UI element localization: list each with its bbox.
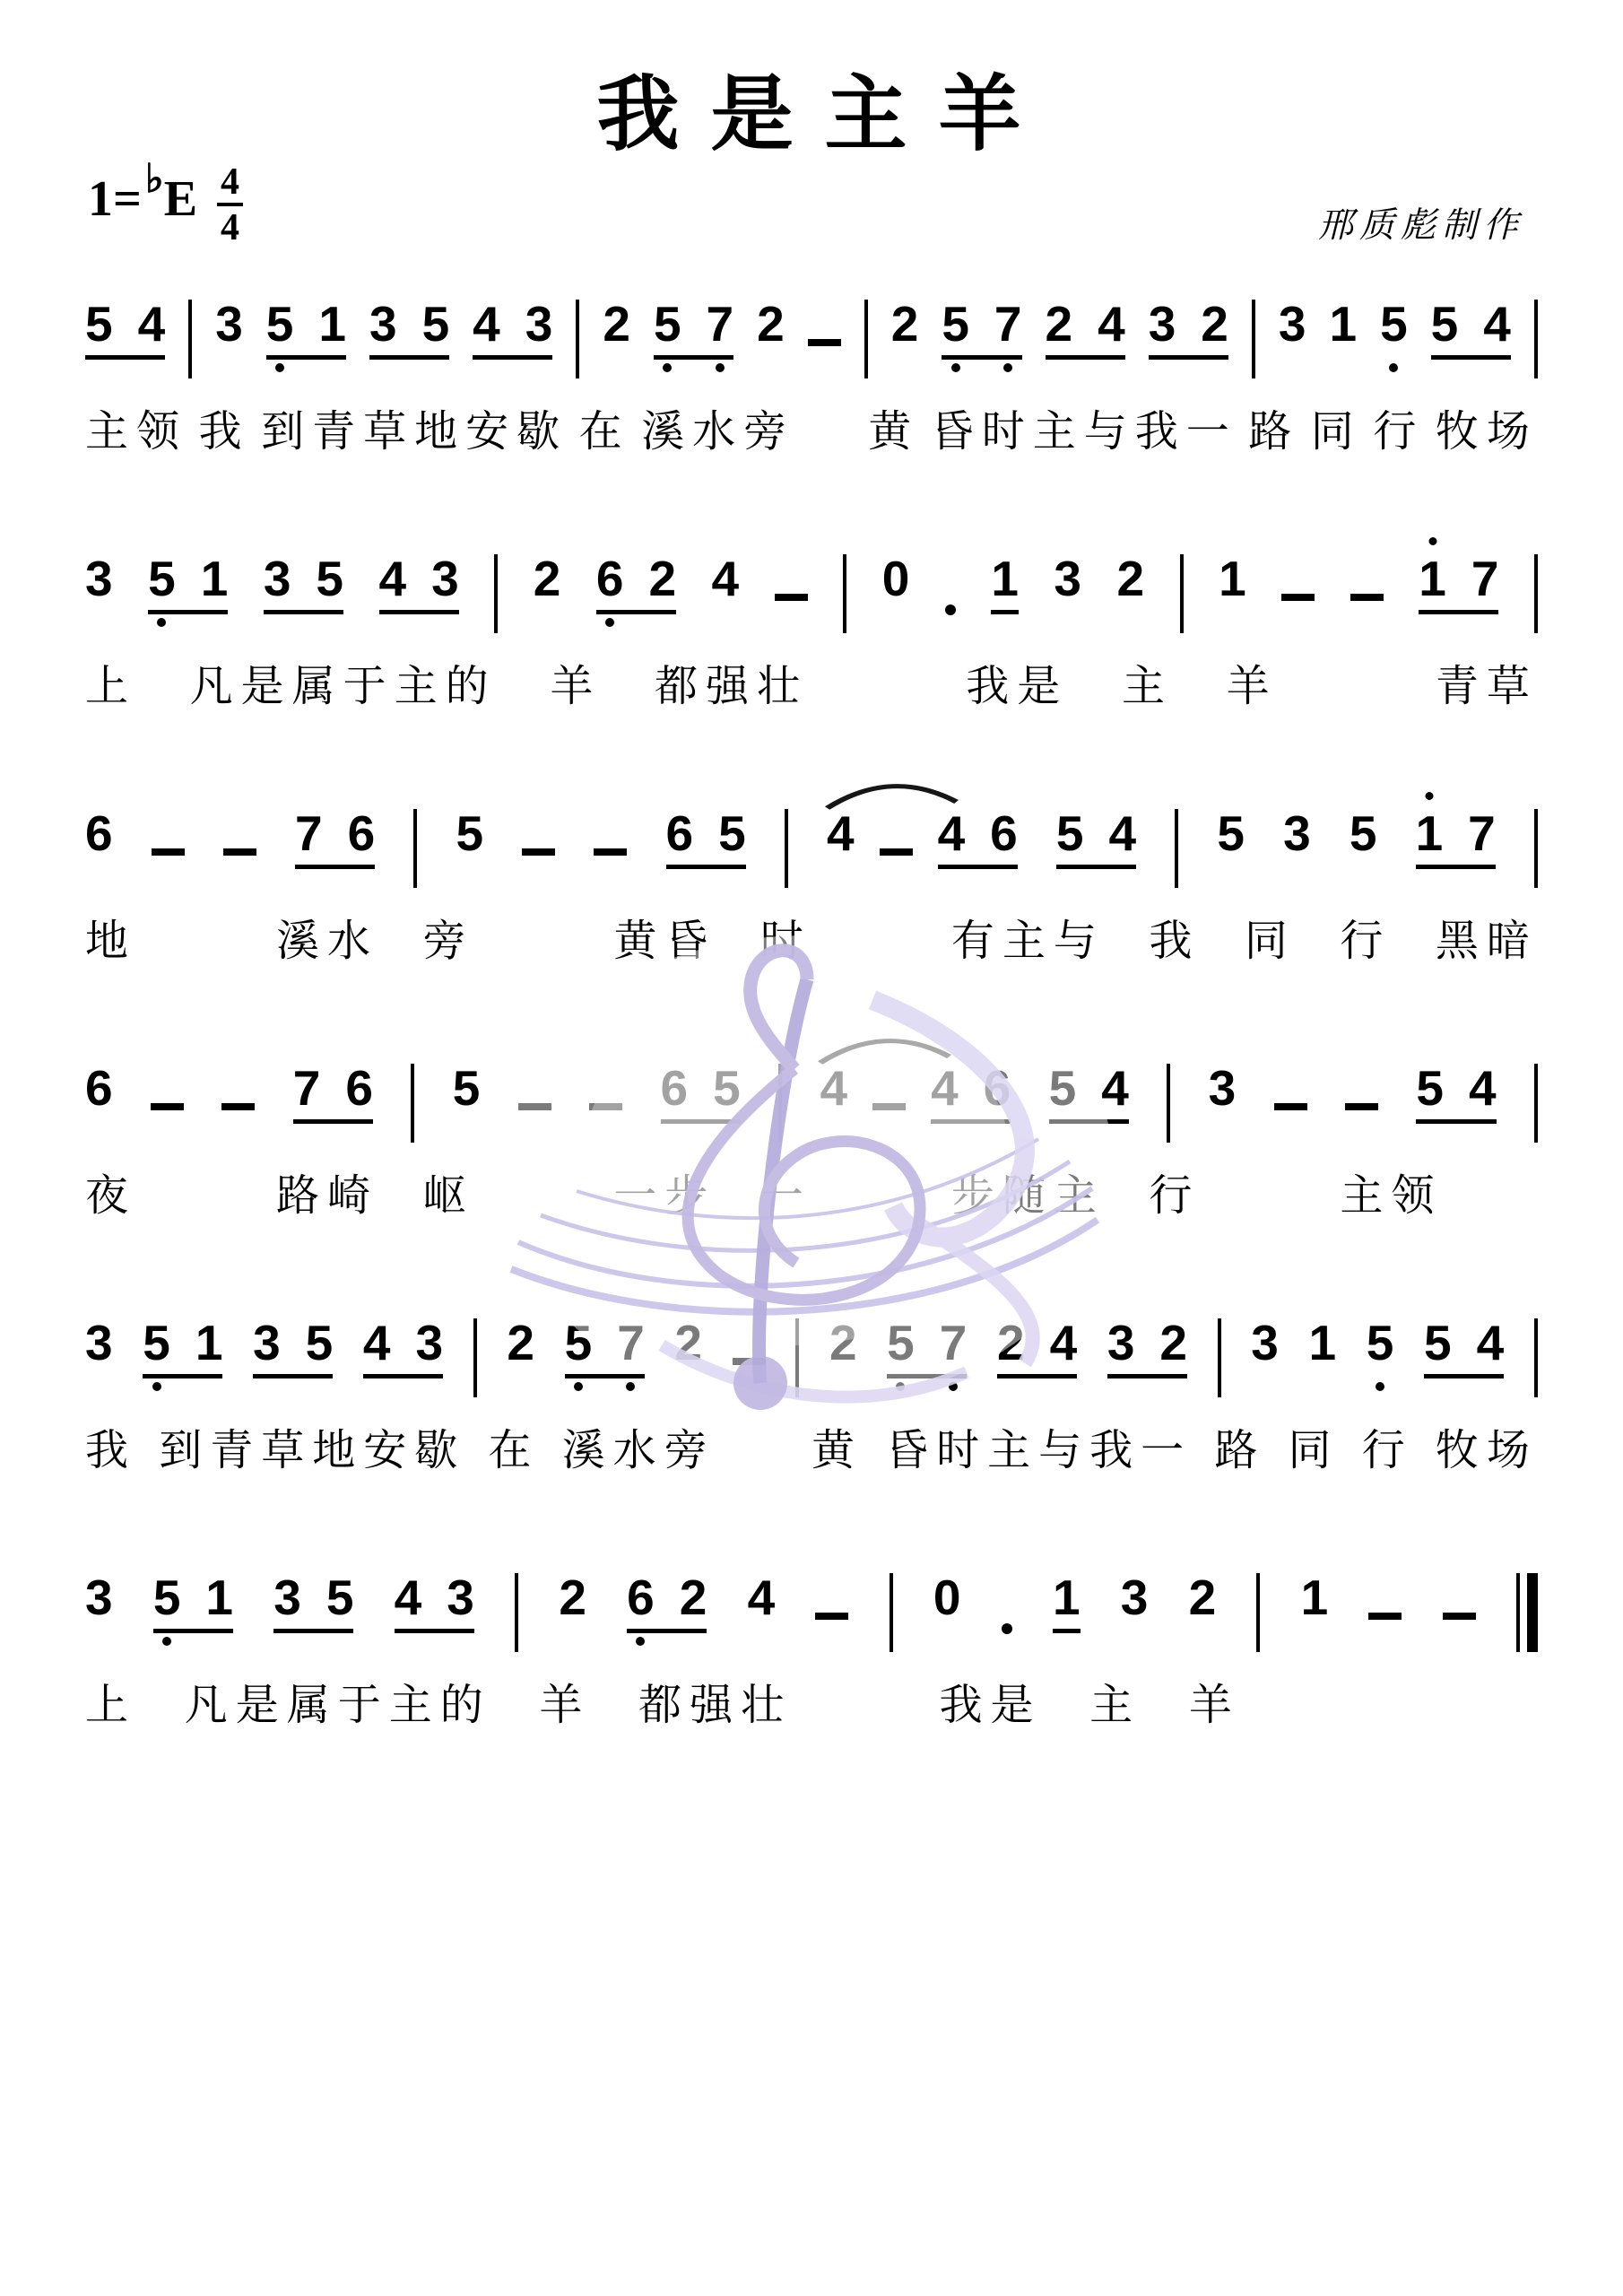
lyric-word [518, 1170, 569, 1223]
note: 4 [363, 1318, 391, 1368]
lyric-word [840, 1679, 891, 1733]
lyric-word [518, 915, 569, 969]
note: 2 [648, 554, 676, 604]
note: 3 [415, 1318, 443, 1368]
lyric-word: 羊 [539, 1679, 590, 1733]
duration-dash [1345, 1103, 1378, 1110]
duration-dash [522, 848, 555, 856]
jianpu-notes-row: 6765654465453517 [85, 793, 1538, 911]
note: 4 [379, 554, 407, 604]
lyric-word: 主 [1089, 1679, 1141, 1733]
beam-group: 17 [1419, 554, 1498, 614]
barline [515, 1573, 518, 1652]
octave-dot-above [1428, 537, 1436, 545]
lyric-word: 行 [1149, 1170, 1200, 1223]
lyric-word: 凡是属于主的 [190, 660, 497, 714]
key-signature: 1=♭E 4 4 [88, 170, 243, 254]
note: 5 [456, 809, 483, 858]
lyric-word: 牧场 [1436, 405, 1538, 459]
note: 7 [994, 300, 1022, 349]
note: 5 [1424, 1318, 1452, 1368]
note: 5 [326, 1573, 354, 1622]
octave-dot-below [152, 1382, 161, 1391]
beam-group: 32 [1149, 300, 1228, 360]
barline [778, 1064, 782, 1143]
barline [1534, 300, 1538, 378]
note: 3 [525, 300, 553, 349]
key-prefix: 1= [88, 170, 142, 228]
lyric-word: 都强壮 [638, 1679, 792, 1733]
barline [188, 300, 192, 378]
note: 3 [1054, 554, 1081, 604]
lyric-word: 路 [1248, 405, 1299, 459]
lyric-word: 同 [1311, 405, 1362, 459]
lyric-word [1487, 1679, 1538, 1733]
lyric-word [1487, 1170, 1538, 1223]
note: 5 [887, 1318, 915, 1368]
note: 5 [718, 809, 746, 858]
music-system: 3513543262401321上凡是属于主的羊都强壮 我是主羊 [85, 1557, 1538, 1733]
slur-group: 446 [827, 809, 1018, 869]
music-system: 67656544654354夜 路崎岖 一步一 步随主行 主领 [85, 1048, 1538, 1223]
lyric-word: 我 [199, 405, 250, 459]
music-system: 35135432572257243231554我到青草地安歇在溪水旁 黄昏时主与… [85, 1302, 1538, 1478]
note: 0 [882, 554, 910, 604]
lyric-word: 旁 [422, 915, 473, 969]
lyric-word: 上 [85, 1679, 136, 1733]
note: 1 [1219, 554, 1246, 604]
note: 3 [253, 1318, 281, 1368]
note: 4 [138, 300, 166, 349]
note: 2 [534, 554, 561, 604]
note: 2 [997, 1318, 1025, 1368]
note: 3 [1149, 300, 1176, 349]
beam-group: 76 [293, 1064, 373, 1124]
lyric-word [1289, 1679, 1340, 1733]
note: 1 [1309, 1318, 1337, 1368]
duration-dash [1274, 1103, 1307, 1110]
duration-dash [1350, 594, 1384, 601]
note: 3 [215, 300, 243, 349]
beam-group: 43 [473, 300, 552, 360]
note: 6 [596, 554, 624, 604]
note: 6 [661, 1064, 689, 1113]
note: 4 [827, 809, 855, 869]
octave-dot-below [162, 1637, 171, 1646]
barline [1534, 809, 1538, 888]
jianpu-notes-row: 351354326240132117 [85, 538, 1538, 657]
note: 2 [1046, 300, 1073, 349]
lyric-word: 都强壮 [655, 660, 808, 714]
note: 5 [713, 1064, 741, 1113]
lyric-word: 步随主 [951, 1170, 1105, 1223]
note: 3 [431, 554, 459, 604]
lyric-word [1331, 660, 1382, 714]
note: 2 [829, 1318, 857, 1368]
lyric-word [1245, 1170, 1296, 1223]
final-barline-thick [1527, 1573, 1538, 1652]
note: 5 [654, 300, 681, 349]
final-barline [1516, 1573, 1538, 1652]
octave-dot-below [716, 363, 725, 372]
note: 5 [565, 1318, 593, 1368]
lyric-word [855, 915, 907, 969]
beam-group: 76 [295, 809, 375, 869]
lyric-word: 一 [760, 1170, 811, 1223]
flat-icon: ♭ [145, 156, 164, 202]
lyric-word: 岖 [422, 1170, 473, 1223]
lyric-word: 夜 [85, 1170, 136, 1223]
duration-dash [223, 848, 256, 856]
lyric-word: 一步 [613, 1170, 716, 1223]
lyric-word: 青草 [1436, 660, 1538, 714]
lyric-word: 在 [488, 1424, 539, 1478]
note: 6 [345, 1064, 373, 1113]
beam-group: 35 [273, 1573, 353, 1633]
note: 5 [85, 300, 113, 349]
note: 7 [940, 1318, 968, 1368]
duration-dash [151, 1103, 184, 1110]
note: 2 [1159, 1318, 1187, 1368]
barline [576, 300, 579, 378]
note: 4 [1108, 809, 1136, 858]
note: 4 [1469, 1064, 1497, 1113]
time-signature: 4 4 [217, 163, 243, 247]
lyric-word [806, 405, 857, 459]
note: 4 [1101, 1064, 1129, 1113]
lyric-word [180, 915, 231, 969]
note: 3 [273, 1573, 301, 1622]
note: 5 [266, 300, 294, 349]
barline [795, 1318, 799, 1397]
note: 6 [348, 809, 376, 858]
note: 1 [1329, 300, 1357, 349]
octave-dot-below [605, 618, 614, 627]
music-system: 351354326240132117上凡是属于主的羊都强壮 我是主羊 青草 [85, 538, 1538, 714]
key-note: E [164, 170, 197, 228]
augmentation-dot [1002, 1623, 1012, 1634]
barline [1256, 1573, 1260, 1652]
barline [1534, 1318, 1538, 1397]
octave-dot-below [636, 1637, 645, 1646]
lyric-word: 地 [85, 915, 136, 969]
lyric-word: 昏时主与我一 [885, 1424, 1192, 1478]
lyric-word: 黄昏 [613, 915, 716, 969]
lyrics-row: 主领我到青草地安歇在溪水旁 黄昏时主与我一路同行牧场 [85, 405, 1538, 459]
note: 0 [933, 1573, 961, 1622]
lyric-word: 路崎 [276, 1170, 378, 1223]
lyric-word: 有主与 [951, 915, 1105, 969]
note: 4 [820, 1064, 847, 1124]
beam-group: 65 [661, 1064, 741, 1124]
beam-group: 17 [1416, 809, 1496, 869]
octave-dot-below [1003, 363, 1012, 372]
augmentation-dot [945, 604, 956, 615]
note: 3 [85, 1318, 113, 1368]
note: 3 [1279, 300, 1306, 349]
beam-group: 57 [887, 1318, 967, 1378]
lyric-word: 黄 [868, 405, 919, 459]
note: 4 [1098, 300, 1125, 349]
note: 4 [1483, 300, 1511, 349]
octave-dot-below [574, 1382, 583, 1391]
note: 5 [143, 1318, 170, 1368]
lyric-word: 溪水旁 [562, 1424, 716, 1478]
note: 2 [603, 300, 630, 349]
beam-group: 46 [938, 809, 1018, 869]
note: 2 [757, 300, 785, 349]
duration-dash [872, 1103, 906, 1110]
note: 2 [559, 1573, 586, 1622]
jianpu-notes-row: 5435135432572257243231554 [85, 283, 1538, 402]
barline [1534, 554, 1538, 633]
final-barline-thin [1516, 1573, 1520, 1652]
duration-dash [594, 848, 627, 856]
note: 1 [1416, 809, 1444, 858]
note: 4 [748, 1573, 776, 1622]
octave-dot-below [157, 618, 166, 627]
note: 3 [85, 554, 113, 604]
barline [413, 809, 417, 888]
beam-group: 62 [627, 1573, 707, 1633]
note: 5 [1431, 300, 1459, 349]
barline [1218, 1318, 1221, 1397]
note: 5 [1056, 809, 1084, 858]
lyric-word: 时 [760, 915, 811, 969]
jianpu-notes-row: 35135432572257243231554 [85, 1302, 1538, 1421]
note: 1 [1301, 1573, 1329, 1622]
lyric-word: 主 [1122, 660, 1173, 714]
lyric-word: 羊 [1227, 660, 1278, 714]
barline [1175, 809, 1178, 888]
barline [411, 1064, 414, 1143]
duration-dash [152, 848, 185, 856]
beam-group: 24 [997, 1318, 1077, 1378]
lyric-word: 到青草地安歇 [159, 1424, 465, 1478]
beam-group: 57 [654, 300, 733, 360]
music-system: 5435135432572257243231554主领我到青草地安歇在溪水旁 黄… [85, 283, 1538, 459]
lyrics-row: 我到青草地安歇在溪水旁 黄昏时主与我一路同行牧场 [85, 1424, 1538, 1478]
duration-dash [775, 594, 808, 601]
barline [1534, 1064, 1538, 1143]
note: 5 [306, 1318, 334, 1368]
beam-group: 35 [264, 554, 343, 614]
beam-group: 35 [369, 300, 449, 360]
note: 2 [891, 300, 919, 349]
beam-group: 54 [85, 300, 165, 360]
note: 4 [1477, 1318, 1505, 1368]
note: 1 [205, 1573, 233, 1622]
duration-dash [733, 1358, 766, 1365]
score: 5435135432572257243231554主领我到青草地安歇在溪水旁 黄… [85, 283, 1538, 1733]
duration-dash [815, 1613, 848, 1620]
octave-dot-below [663, 363, 672, 372]
note: 2 [1189, 1573, 1217, 1622]
note: 5 [1350, 809, 1377, 858]
note: 3 [1209, 1064, 1237, 1113]
beam-group: 43 [379, 554, 459, 614]
lyric-word: 行 [1362, 1424, 1413, 1478]
beam-group: 65 [666, 809, 746, 869]
note: 3 [1283, 809, 1311, 858]
note: 4 [938, 809, 966, 858]
beam-group: 54 [1431, 300, 1511, 360]
barline [785, 809, 788, 888]
lyric-word: 到青草地安歇 [261, 405, 568, 459]
composer-credit: 邢质彪制作 [1318, 197, 1524, 248]
barline [843, 554, 846, 633]
lyric-word: 羊 [1189, 1679, 1240, 1733]
note: 6 [627, 1573, 655, 1622]
note: 3 [369, 300, 397, 349]
note: 7 [1471, 554, 1499, 604]
beam-group: 35 [253, 1318, 333, 1378]
lyric-word: 溪水 [276, 915, 378, 969]
lyric-word: 行 [1373, 405, 1424, 459]
note: 5 [1380, 300, 1408, 349]
beam-group: 32 [1107, 1318, 1187, 1378]
octave-dot-below [275, 363, 284, 372]
jianpu-notes-row: 67656544654354 [85, 1048, 1538, 1166]
duration-dash [589, 1103, 622, 1110]
note: 3 [447, 1573, 474, 1622]
note: 5 [1049, 1064, 1077, 1113]
note: 4 [473, 300, 500, 349]
beam-group: 57 [942, 300, 1021, 360]
barline [864, 300, 868, 378]
song-title: 我 是 主 羊 [0, 0, 1623, 156]
note: 2 [1201, 300, 1228, 349]
note: 5 [422, 300, 450, 349]
lyric-word: 我 [1149, 915, 1200, 969]
note: 5 [316, 554, 343, 604]
octave-dot-below [896, 1382, 905, 1391]
slur-group: 446 [820, 1064, 1011, 1124]
octave-dot-below [626, 1382, 635, 1391]
lyric-word: 羊 [550, 660, 601, 714]
lyric-word: 主领 [1340, 1170, 1442, 1223]
lyric-word: 溪水旁 [641, 405, 794, 459]
lyric-word [1387, 1679, 1438, 1733]
lyric-word: 主领 [85, 405, 187, 459]
note: 6 [85, 1064, 113, 1113]
note: 3 [1251, 1318, 1279, 1368]
meta-row: 1=♭E 4 4 邢质彪制作 [82, 169, 1541, 274]
lyric-word: 同 [1289, 1424, 1340, 1478]
barline [1180, 554, 1184, 633]
note: 5 [453, 1064, 481, 1113]
barline [494, 554, 498, 633]
note: 1 [991, 554, 1019, 614]
beam-group: 51 [148, 554, 228, 614]
beam-group: 46 [931, 1064, 1011, 1124]
lyric-word: 路 [1214, 1424, 1265, 1478]
lyric-word: 黄 [811, 1424, 863, 1478]
octave-dot-below [1389, 363, 1398, 372]
note: 5 [942, 300, 969, 349]
lyric-word [738, 1424, 789, 1478]
lyric-word: 我是 [966, 660, 1068, 714]
duration-dash [808, 339, 841, 346]
octave-dot-above [1425, 792, 1433, 800]
lyric-word [862, 660, 913, 714]
beam-group: 24 [1046, 300, 1125, 360]
duration-dash [518, 1103, 551, 1110]
lyrics-row: 地 溪水旁 黄昏时 有主与我同行黑暗 [85, 915, 1538, 969]
note: 3 [264, 554, 291, 604]
lyric-word: 牧场 [1436, 1424, 1538, 1478]
time-denominator: 4 [221, 206, 239, 247]
barline [1252, 300, 1255, 378]
lyrics-row: 上凡是属于主的羊都强壮 我是主羊 青草 [85, 660, 1538, 714]
barline [1167, 1064, 1170, 1143]
beam-group: 51 [143, 1318, 222, 1378]
note: 6 [85, 809, 113, 858]
lyric-word: 同 [1245, 915, 1296, 969]
jianpu-notes-row: 3513543262401321 [85, 1557, 1538, 1675]
lyric-word: 我 [85, 1424, 136, 1478]
sheet-music-page: 我 是 主 羊 1=♭E 4 4 邢质彪制作 54351354325722572… [0, 0, 1623, 2296]
note: 5 [148, 554, 176, 604]
note: 2 [674, 1318, 702, 1368]
note: 7 [707, 300, 734, 349]
note: 2 [680, 1573, 707, 1622]
duration-dash [1443, 1613, 1476, 1620]
barline [473, 1318, 477, 1397]
beam-group: 57 [565, 1318, 645, 1378]
note: 7 [617, 1318, 645, 1368]
duration-dash [221, 1103, 255, 1110]
note: 4 [395, 1573, 422, 1622]
note: 4 [1050, 1318, 1078, 1368]
note: 5 [153, 1573, 181, 1622]
beam-group: 54 [1056, 809, 1136, 869]
note: 6 [666, 809, 694, 858]
lyrics-row: 夜 路崎岖 一步一 步随主行 主领 [85, 1170, 1538, 1223]
beam-group: 51 [153, 1573, 233, 1633]
time-numerator: 4 [217, 163, 243, 206]
note: 2 [1117, 554, 1145, 604]
lyric-word: 上 [85, 660, 136, 714]
lyric-word: 在 [579, 405, 630, 459]
beam-group: 54 [1049, 1064, 1129, 1124]
lyric-word: 昏时主与我一 [931, 405, 1237, 459]
lyric-word [180, 1170, 231, 1223]
note: 7 [1468, 809, 1496, 858]
duration-dash [1368, 1613, 1402, 1620]
beam-group: 62 [596, 554, 676, 614]
lyric-word: 凡是属于主的 [185, 1679, 491, 1733]
music-system: 6765654465453517地 溪水旁 黄昏时 有主与我同行黑暗 [85, 793, 1538, 969]
note: 3 [85, 1573, 113, 1622]
lyrics-row: 上凡是属于主的羊都强壮 我是主羊 [85, 1679, 1538, 1733]
note: 5 [1367, 1318, 1394, 1368]
note: 4 [712, 554, 740, 604]
note: 1 [318, 300, 346, 349]
note: 1 [201, 554, 229, 604]
lyric-word: 我是 [939, 1679, 1041, 1733]
beam-group: 54 [1424, 1318, 1504, 1378]
beam-group: 43 [363, 1318, 443, 1378]
lyric-word: 行 [1340, 915, 1391, 969]
duration-dash [880, 848, 913, 856]
note: 7 [295, 809, 323, 858]
note: 4 [931, 1064, 959, 1113]
note: 3 [1121, 1573, 1149, 1622]
octave-dot-below [949, 1382, 958, 1391]
note: 1 [1419, 554, 1446, 604]
duration-dash [1281, 594, 1315, 601]
